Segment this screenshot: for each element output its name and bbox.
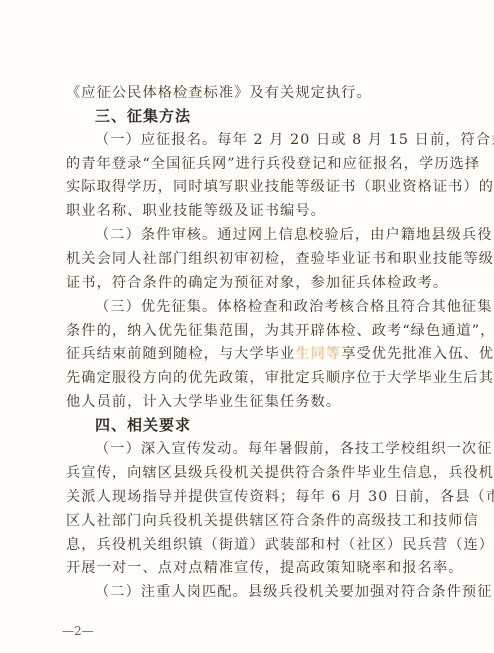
section-heading-3: 三、征集方法 <box>95 105 445 127</box>
paragraph-3-3-line: 先确定服役方向的优先政策，审批定兵顺序位于大学毕业生后其 <box>66 367 446 389</box>
paragraph-3-1-line: 实际取得学历，同时填写职业技能等级证书（职业资格证书）的 <box>66 176 446 198</box>
paragraph-4-1-line: 关派人现场指导并提供宣传资料；每年 6 月 30 日前，各县（市） <box>66 486 446 508</box>
highlighted-text: 生同等 <box>295 346 341 362</box>
section-heading-4: 四、相关要求 <box>95 414 445 436</box>
document-page: 《应征公民体格检查标准》及有关规定执行。 三、征集方法 （一）应征报名。每年 2… <box>0 0 494 653</box>
paragraph-4-1-line: 开展一对一、点对点精准宣传，提高政策知晓率和报名率。 <box>66 557 446 579</box>
paragraph-4-1-line: 兵宣传，向辖区县级兵役机关提供符合条件毕业生信息，兵役机 <box>66 462 446 484</box>
text-segment: 征兵结束前随到随检，与大学毕业 <box>66 346 295 362</box>
text-segment: 享受优先批准入伍、优 <box>341 346 494 362</box>
paragraph-3-1-line: （一）应征报名。每年 2 月 20 日或 8 月 15 日前，符合条件 <box>95 129 445 151</box>
paragraph-4-1-line: 息，兵役机关组织镇（街道）武装部和村（社区）民兵营（连） <box>66 534 446 556</box>
paragraph-3-3-line: （三）优先征集。体格检查和政治考核合格且符合其他征集 <box>95 296 445 318</box>
paragraph-3-3-line: 他人员前，计入大学毕业生征集任务数。 <box>66 391 446 413</box>
paragraph-3-1-line: 职业名称、职业技能等级及证书编号。 <box>66 200 446 222</box>
scan-speck <box>460 356 462 358</box>
paragraph-3-3-line: 条件的，纳入优先征集范围，为其开辟体检、政考“绿色通道”， <box>66 320 446 342</box>
paragraph-4-1-line: （一）深入宣传发动。每年暑假前，各技工学校组织一次征 <box>95 438 445 460</box>
paragraph-3-1-line: 的青年登录“全国征兵网”进行兵役登记和应征报名，学历选择 <box>66 153 446 175</box>
body-text-line: 《应征公民体格检查标准》及有关规定执行。 <box>66 82 446 104</box>
paragraph-3-2-line: 证书，符合条件的确定为预征对象，参加征兵体检政考。 <box>66 272 446 294</box>
paragraph-4-2-line: （二）注重人岗匹配。县级兵役机关要加强对符合条件预征 <box>95 581 445 603</box>
paragraph-3-2-line: （二）条件审核。通过网上信息校验后，由户籍地县级兵役 <box>95 224 445 246</box>
paragraph-4-1-line: 区人社部门向兵役机关提供辖区符合条件的高级技工和技师信 <box>66 510 446 532</box>
paragraph-3-3-line: 征兵结束前随到随检，与大学毕业生同等享受优先批准入伍、优 <box>66 343 446 365</box>
page-number: —2— <box>62 624 94 638</box>
paragraph-3-2-line: 机关会同人社部门组织初审初检，查验毕业证书和职业技能等级 <box>66 248 446 270</box>
